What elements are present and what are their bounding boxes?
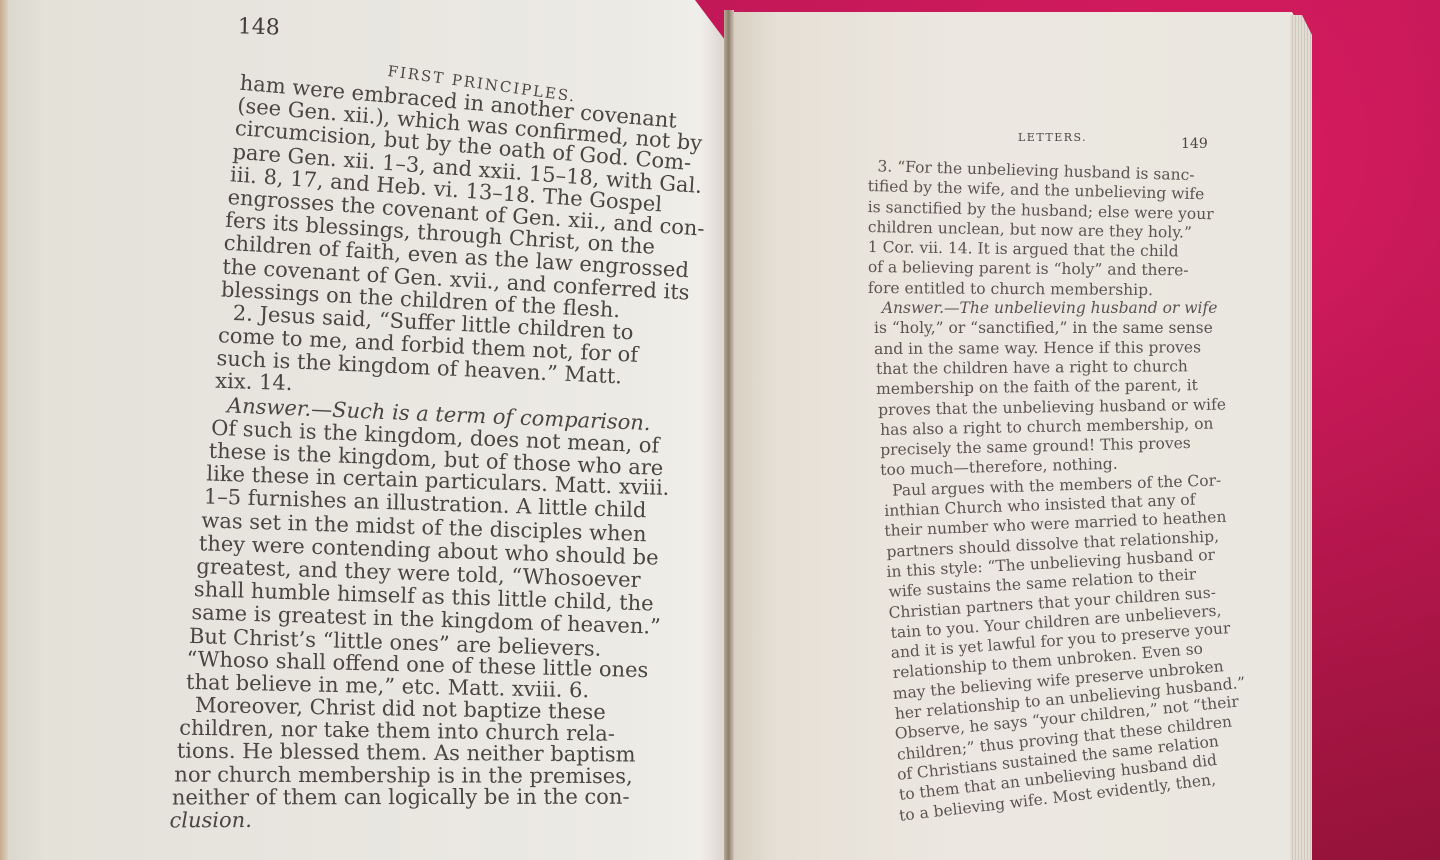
text-line: clusion. <box>169 807 693 833</box>
right-page-body: 3. “For the unbelieving husband is sanc-… <box>868 156 1246 826</box>
running-head-right: LETTERS. <box>1018 128 1087 148</box>
open-book: 148 FIRST PRINCIPLES. ham were embraced … <box>0 0 1440 860</box>
page-number-right: 149 <box>1181 134 1208 154</box>
text-line: neither of them can logically be in the … <box>172 785 694 809</box>
book-gutter <box>724 10 734 860</box>
text-line: Answer.—The unbelieving husband or wife <box>872 298 1246 318</box>
page-number-left: 148 <box>237 15 279 40</box>
left-page-body: ham were embraced in another covenant (s… <box>183 68 708 849</box>
text-line: fore entitled to church membership. <box>868 278 1246 301</box>
text-line: is “holy,” or “sanctified,” in the same … <box>874 318 1246 338</box>
left-page-edge <box>0 0 8 860</box>
page-stack-edge <box>1290 15 1312 860</box>
